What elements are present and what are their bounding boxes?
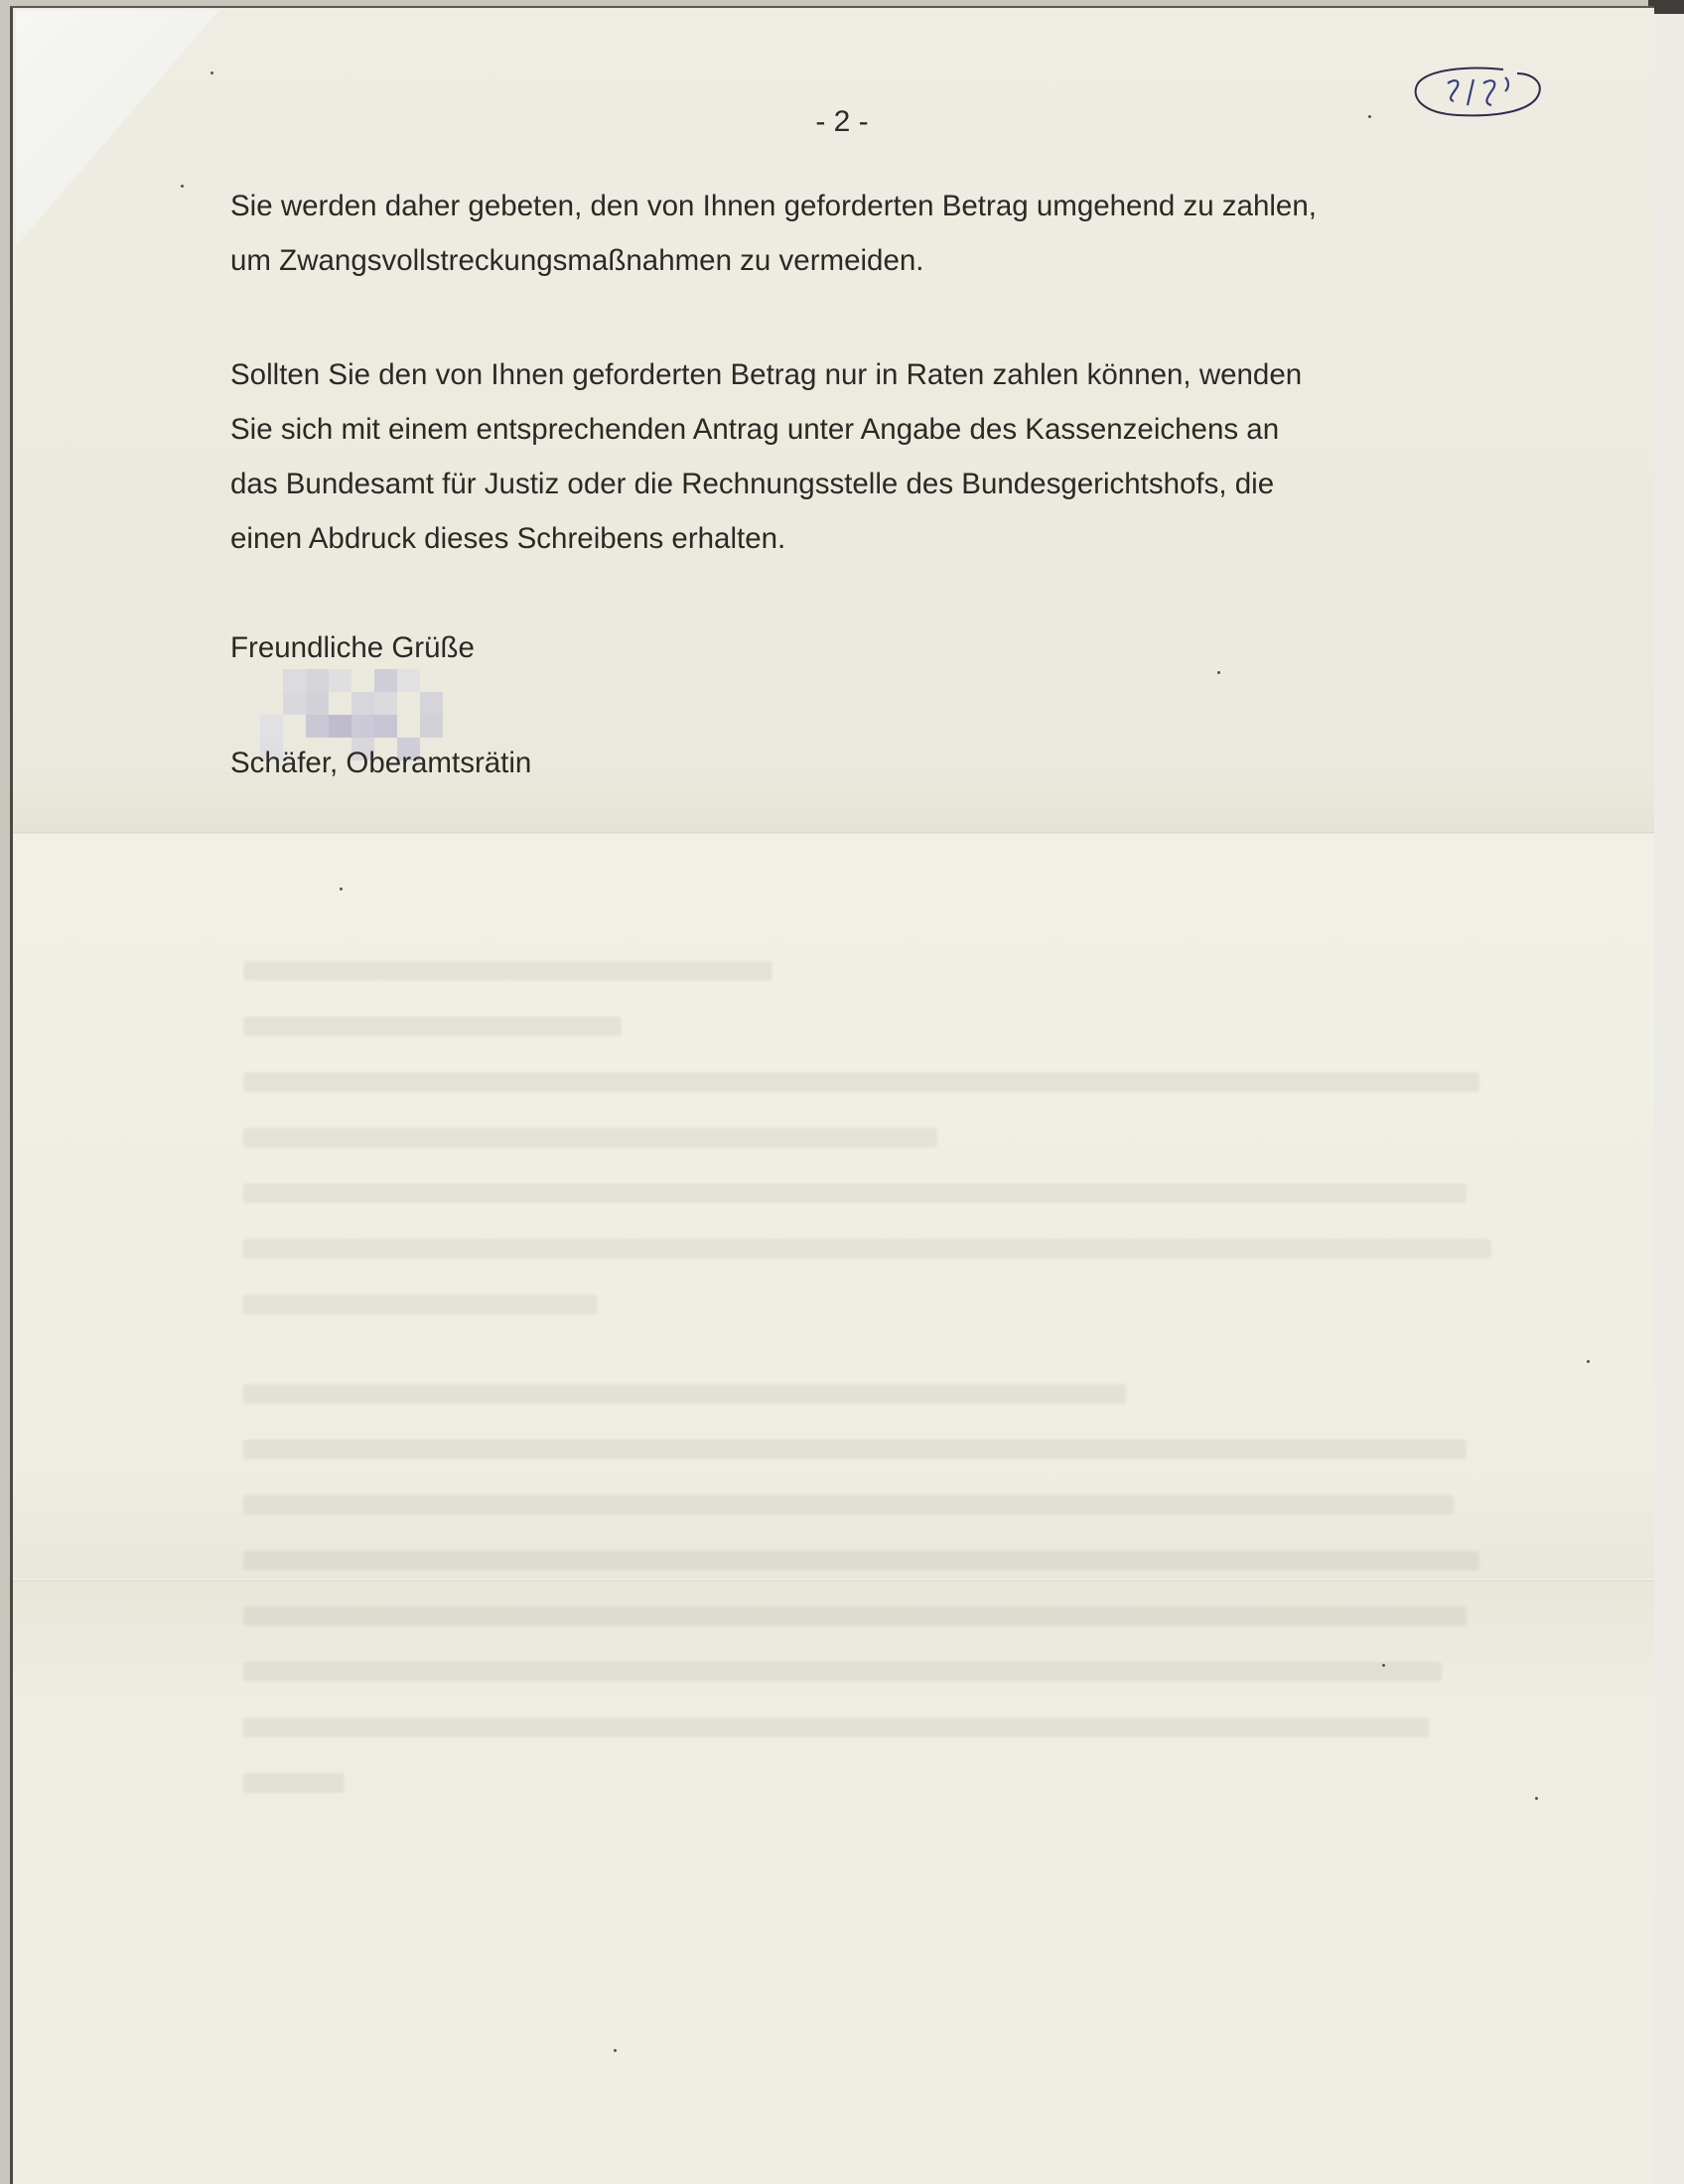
dust-speck: [1382, 1664, 1385, 1667]
circled-annotation-icon: [1408, 64, 1547, 119]
dust-speck: [340, 887, 343, 890]
letter-body: Sie werden daher gebeten, den von Ihnen …: [230, 179, 1521, 625]
scanner-edge-strip: [1654, 12, 1684, 2184]
text-line: um Zwangsvollstreckungsmaßnahmen zu verm…: [230, 244, 923, 277]
dust-speck: [210, 71, 213, 74]
reverse-side-showthrough: [243, 961, 1504, 1829]
text-line: Sollten Sie den von Ihnen geforderten Be…: [230, 358, 1302, 391]
text-line: das Bundesamt für Justiz oder die Rechnu…: [230, 468, 1274, 500]
dust-speck: [1368, 115, 1371, 118]
text-line: einen Abdruck dieses Schreibens erhalten…: [230, 522, 785, 555]
signer-name-title: Schäfer, Oberamtsrätin: [230, 747, 531, 780]
dust-speck: [614, 2049, 617, 2052]
fold-line-1: [13, 832, 1654, 835]
dust-speck: [1217, 671, 1220, 674]
text-line: Sie sich mit einem entsprechenden Antrag…: [230, 413, 1279, 446]
text-line: Sie werden daher gebeten, den von Ihnen …: [230, 190, 1317, 222]
redacted-signature: [redacted signature]: [260, 669, 469, 758]
paragraph-installments: Sollten Sie den von Ihnen geforderten Be…: [230, 347, 1521, 566]
dust-speck: [1587, 1360, 1590, 1363]
dust-speck: [181, 185, 184, 188]
dust-speck: [1535, 1797, 1538, 1800]
handwritten-page-annotation: 2/2: [1408, 64, 1547, 119]
paragraph-payment-request: Sie werden daher gebeten, den von Ihnen …: [230, 179, 1521, 288]
closing-salutation: Freundliche Grüße: [230, 631, 475, 665]
